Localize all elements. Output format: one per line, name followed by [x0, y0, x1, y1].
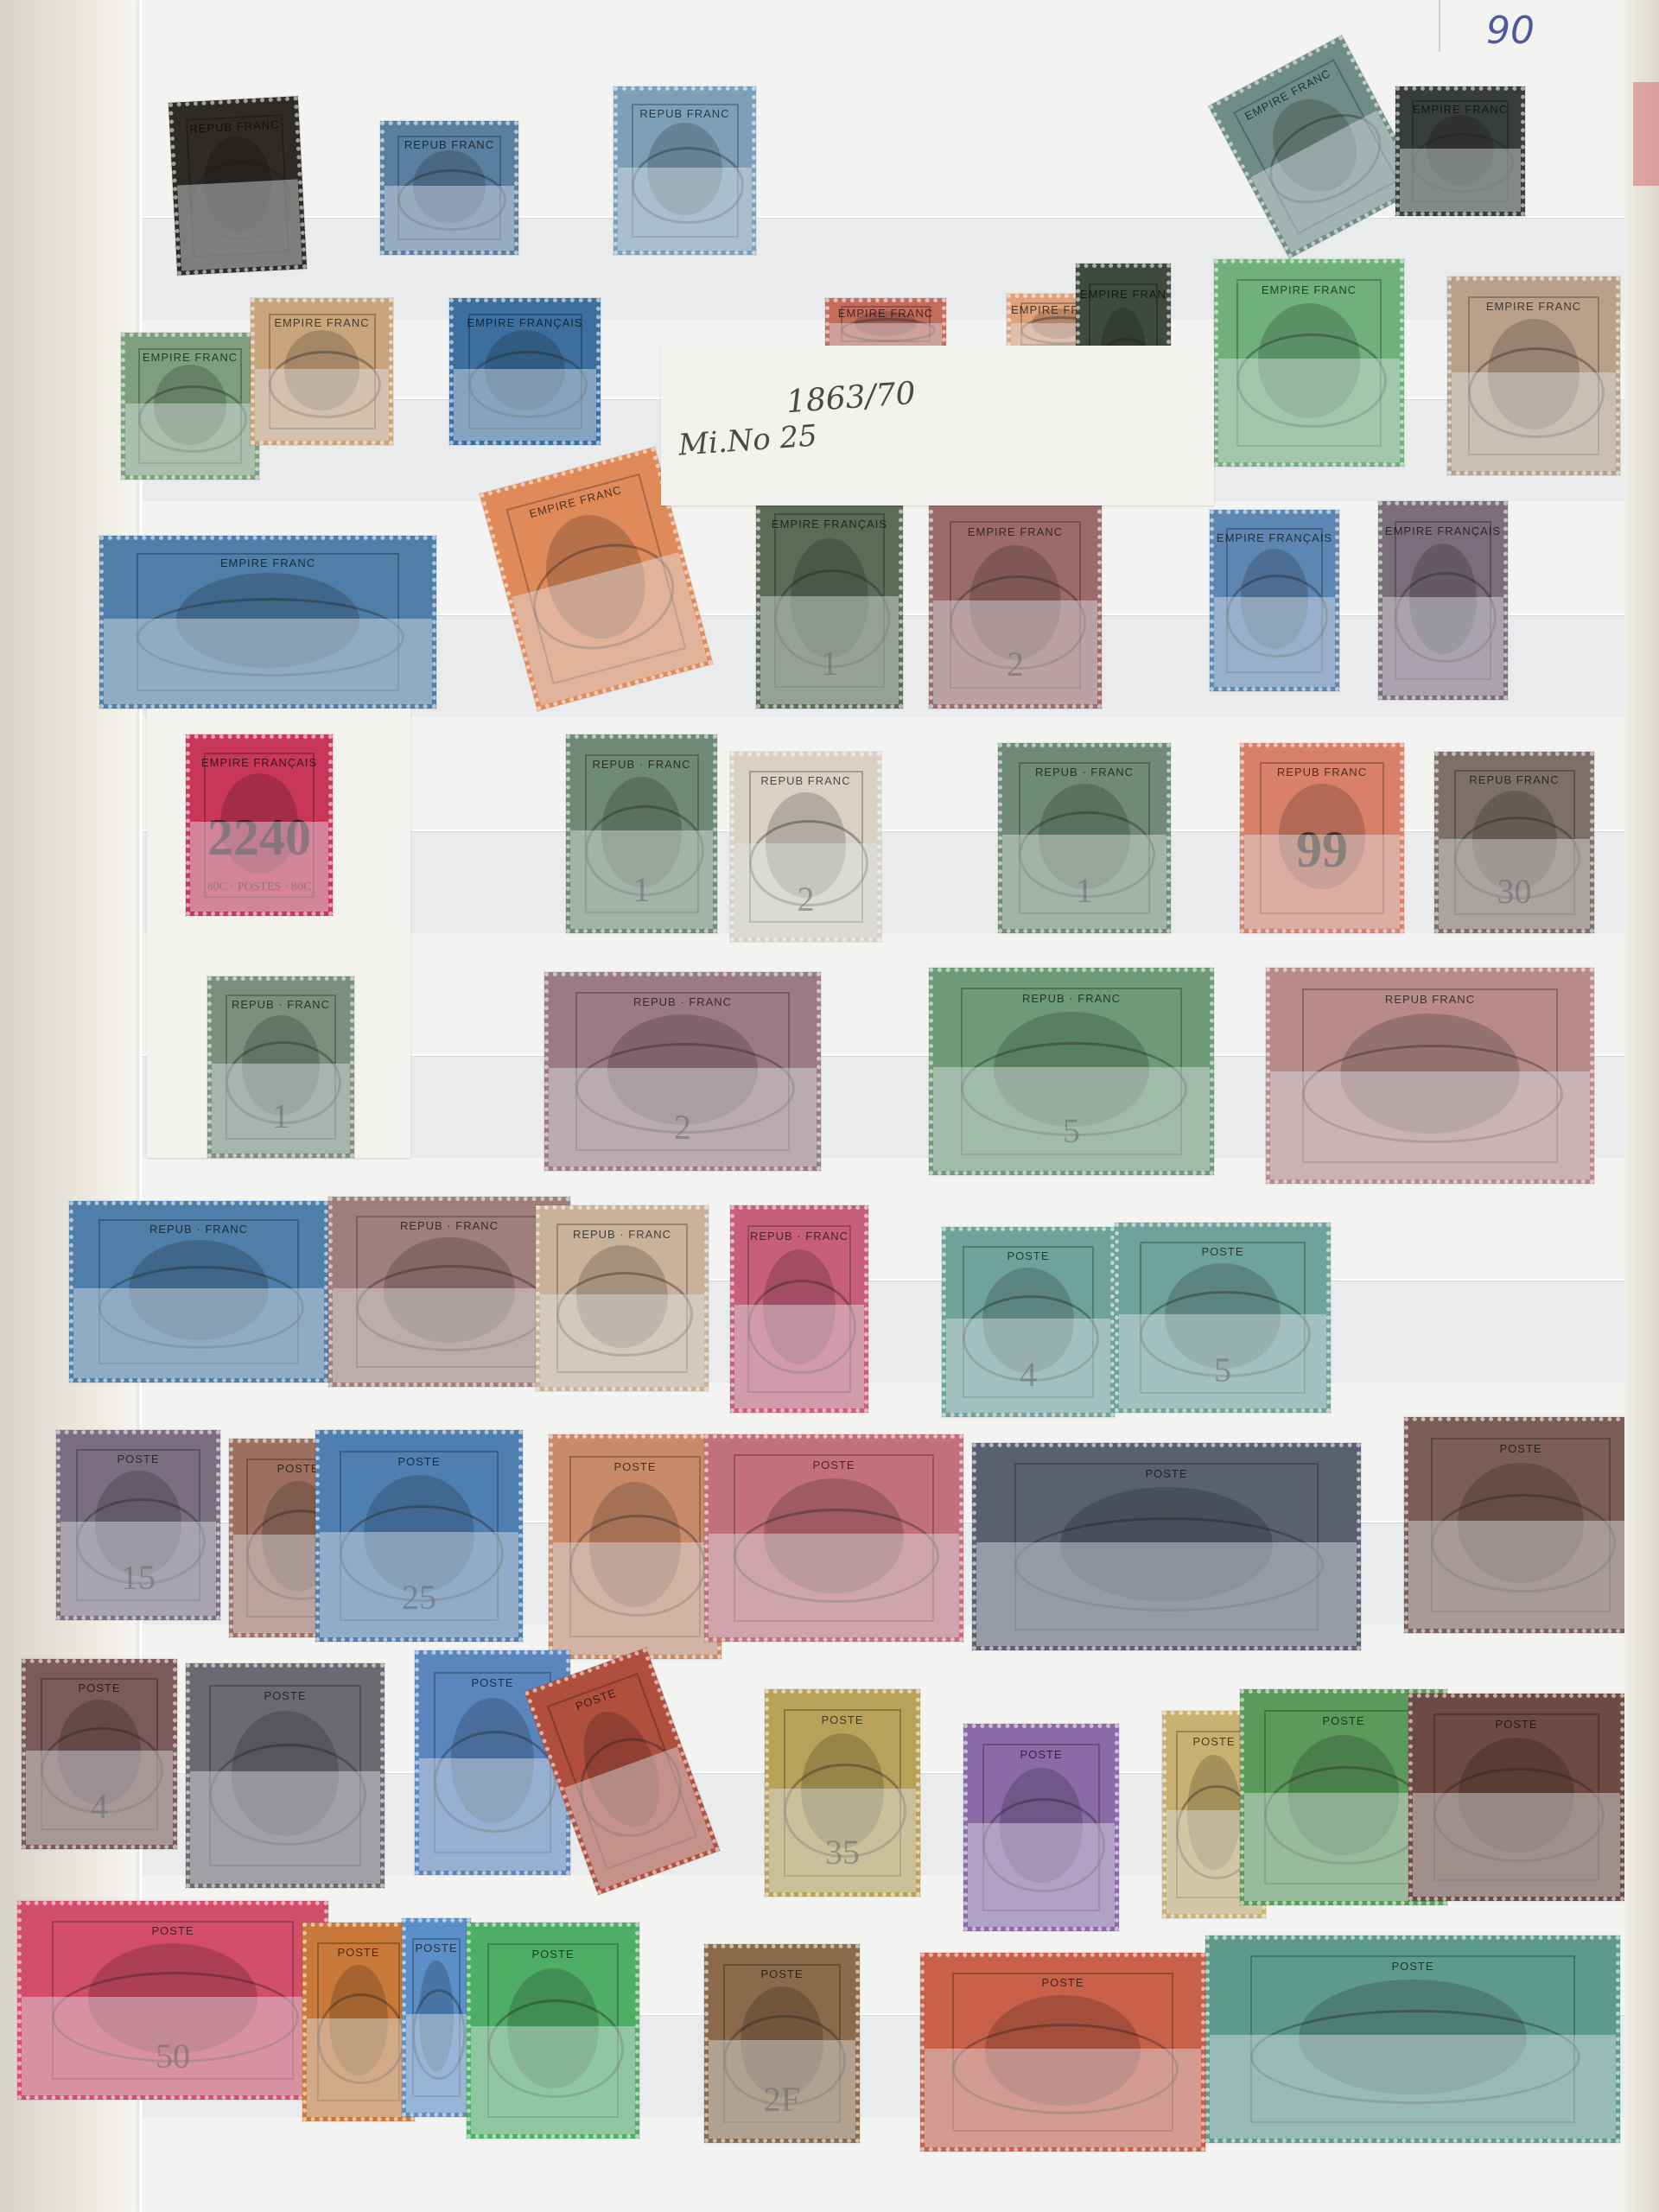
glassine-overlay [968, 1823, 1115, 1927]
stamp-legend: EMPIRE FRANC [933, 525, 1097, 538]
stamp-legend: REPUB FRANC [1244, 766, 1400, 779]
stamp: EMPIRE FRANÇAIS [449, 298, 601, 445]
glassine-overlay [190, 1771, 380, 1884]
stamp-legend: REPUB · FRANC [212, 998, 350, 1011]
stamp: REPUB · FRANC1 [566, 734, 717, 933]
stamp-legend: EMPIRE FRANC [1452, 300, 1616, 313]
label-catalog-number: Mi.No 25 [677, 418, 818, 462]
stamp: REPUB FRANC99 [1240, 743, 1404, 933]
stamp-legend: POSTE [968, 1748, 1115, 1761]
glassine-overlay [760, 596, 899, 704]
stamp: EMPIRE FRANC [99, 536, 436, 709]
stamp-legend: REPUB · FRANC [73, 1223, 324, 1236]
stamp: EMPIRE FRANC [825, 298, 946, 350]
glassine-overlay [125, 404, 255, 475]
stamp-legend: EMPIRE FRANC [1080, 288, 1166, 301]
glassine-overlay [1439, 839, 1590, 929]
stamp: POSTE35 [765, 1689, 920, 1897]
glassine-overlay [769, 1789, 916, 1892]
glassine-overlay [933, 1067, 1210, 1171]
stamp-legend: EMPIRE FRANÇAIS [1382, 524, 1503, 537]
glassine-overlay [104, 619, 432, 704]
glassine-overlay [709, 1534, 959, 1637]
stamp: REPUB · FRANC [536, 1205, 709, 1391]
glassine-overlay [1210, 2035, 1616, 2139]
stamp: EMPIRE FRANÇAIS [1378, 501, 1508, 700]
glassine-overlay [1382, 597, 1503, 696]
stamp: POSTE [549, 1434, 721, 1659]
stamp: REPUB FRANC [1266, 968, 1594, 1184]
glassine-overlay [1244, 835, 1400, 929]
stamp: POSTE2F [704, 1944, 860, 2143]
stamp-legend: EMPIRE FRANÇAIS [190, 756, 328, 769]
stamp: POSTE [186, 1663, 385, 1888]
stamp-legend: POSTE [190, 1689, 380, 1702]
stamp-legend: POSTE [22, 1924, 324, 1937]
glassine-overlay [549, 1068, 817, 1166]
stamp-legend: REPUB · FRANC [570, 758, 713, 771]
glassine-overlay [925, 2049, 1201, 2147]
glassine-overlay [1400, 149, 1521, 212]
glassine-overlay [553, 1542, 717, 1655]
stamp: POSTE25 [315, 1430, 523, 1642]
stamp: REPUB · FRANC [69, 1201, 328, 1382]
stamp: EMPIRE FRANC [1395, 86, 1525, 216]
glassine-overlay [1270, 1071, 1590, 1179]
stamp-legend: REPUB FRANC [1270, 993, 1590, 1006]
glassine-overlay [73, 1288, 324, 1378]
stamp-legend: POSTE [1413, 1718, 1620, 1731]
stamp: POSTE [467, 1923, 639, 2139]
stamp-legend: REPUB FRANC [734, 774, 877, 787]
glassine-overlay [26, 1751, 173, 1845]
stamp-legend: POSTE [406, 1942, 467, 1955]
stamp: POSTE [972, 1443, 1361, 1650]
label-year-range: 1863/70 [785, 376, 917, 420]
stamp-legend: POSTE [307, 1946, 410, 1959]
glassine-overlay [471, 2026, 635, 2134]
glassine-overlay [419, 1758, 566, 1871]
stamp-legend: POSTE [709, 1967, 855, 1980]
stamp: POSTE [1408, 1694, 1624, 1901]
stamp: EMPIRE FRANÇAIS [1210, 510, 1339, 691]
stamp-legend: REPUB · FRANC [1002, 766, 1166, 779]
next-page-edge [1624, 0, 1659, 2212]
stamp: EMPIRE FRANÇAIS1 [756, 493, 903, 709]
glassine-overlay [320, 1532, 518, 1637]
stamp: EMPIRE FRANC [121, 333, 259, 480]
glassine-overlay [307, 2018, 410, 2117]
page-number: 90 [1486, 9, 1535, 53]
stamp: REPUB FRANC [380, 121, 518, 255]
glassine-overlay [190, 822, 328, 912]
handwritten-label-card: 1863/70Mi.No 25 [661, 346, 1214, 505]
stamp-legend: EMPIRE FRANÇAIS [1214, 531, 1335, 544]
stamp: REPUB FRANC2 [730, 752, 881, 942]
glassine-overlay [406, 2014, 467, 2113]
glassine-overlay [1119, 1314, 1326, 1408]
stamp: POSTE [963, 1724, 1119, 1931]
stamp-legend: POSTE [60, 1452, 216, 1465]
stamp-legend: POSTE [925, 1976, 1201, 1989]
stamp: REPUB · FRANC [730, 1205, 868, 1413]
stamp: REPUB · FRANC5 [929, 968, 1214, 1175]
stamp: EMPIRE FRANC [251, 298, 393, 445]
glassine-overlay [734, 843, 877, 938]
stamp-legend: REPUB FRANC [618, 107, 752, 120]
glassine-overlay [22, 1997, 324, 2095]
stamp: POSTE [704, 1434, 963, 1642]
glassine-overlay [976, 1542, 1357, 1646]
stamp-legend: POSTE [320, 1455, 518, 1468]
stamp-legend: EMPIRE FRANÇAIS [454, 316, 596, 329]
glassine-overlay [1214, 597, 1335, 687]
stamp-legend: EMPIRE FRANC [104, 556, 432, 569]
page-number-divider [1439, 0, 1440, 52]
glassine-overlay [709, 2040, 855, 2139]
glassine-overlay [570, 830, 713, 929]
stamp: POSTE50 [17, 1901, 328, 2100]
stamp-legend: REPUB · FRANC [333, 1219, 566, 1232]
stamp-legend: REPUB FRANC [385, 138, 514, 151]
stamp-legend: POSTE [769, 1713, 916, 1726]
stamp-legend: EMPIRE FRANÇAIS [760, 518, 899, 531]
album-binding [0, 0, 143, 2212]
stamp-legend: REPUB · FRANC [549, 995, 817, 1008]
stamp: EMPIRE FRANÇAIS80C · POSTES · 80C2240 [186, 734, 333, 916]
glassine-overlay [1413, 1793, 1620, 1897]
stamp: REPUB · FRANC1 [207, 976, 354, 1158]
stamp: POSTE [1404, 1417, 1637, 1633]
stamp: EMPIRE FRANC2 [929, 501, 1102, 709]
stamp: POSTE [302, 1923, 415, 2121]
glassine-overlay [60, 1522, 216, 1616]
stamp: POSTE15 [56, 1430, 220, 1620]
stamp: EMPIRE FRANC [1447, 276, 1620, 475]
glassine-overlay [540, 1294, 704, 1387]
stamp: REPUB · FRANC1 [998, 743, 1171, 933]
stamp-legend: REPUB FRANC [1439, 773, 1590, 786]
stamp: REPUB FRANC [168, 96, 307, 276]
stamp: POSTE [402, 1918, 471, 2117]
stamp-legend: POSTE [1408, 1442, 1633, 1455]
glassine-overlay [177, 180, 302, 271]
glassine-overlay [946, 1319, 1110, 1413]
glassine-overlay [933, 601, 1097, 704]
stockbook-page: REPUB FRANCREPUB FRANCREPUB FRANCEMPIRE … [143, 0, 1624, 2212]
glassine-overlay [333, 1288, 566, 1382]
stamp-legend: POSTE [976, 1467, 1357, 1480]
stamp-legend: POSTE [1119, 1245, 1326, 1258]
stamp-legend: EMPIRE FRANC [125, 351, 255, 364]
glassine-overlay [212, 1064, 350, 1154]
stamp: REPUB · FRANC [328, 1197, 570, 1387]
stamp: POSTE [920, 1953, 1205, 2152]
stamp-legend: POSTE [26, 1681, 173, 1694]
stamp-legend: POSTE [709, 1459, 959, 1471]
stamp: EMPIRE FRANC [1214, 259, 1404, 467]
glassine-overlay [454, 369, 596, 441]
stamp-legend: REPUB · FRANC [734, 1230, 864, 1243]
stamp: REPUB · FRANC2 [544, 972, 821, 1171]
glassine-overlay [618, 168, 752, 251]
glassine-overlay [1408, 1521, 1633, 1629]
stamp-legend: EMPIRE FRANC [1400, 103, 1521, 116]
glassine-overlay [1452, 372, 1616, 471]
stamp: REPUB FRANC [613, 86, 756, 255]
stamp-legend: EMPIRE FRANC [1218, 283, 1400, 296]
stamp: POSTE5 [1115, 1223, 1331, 1413]
glassine-overlay [1002, 835, 1166, 929]
stamp: POSTE [1205, 1935, 1620, 2143]
stamp-legend: REPUB · FRANC [933, 992, 1210, 1005]
stamp: POSTE4 [22, 1659, 177, 1849]
stamp-legend: POSTE [553, 1460, 717, 1473]
stamp-legend: POSTE [1210, 1960, 1616, 1973]
stamp: REPUB FRANC30 [1434, 752, 1594, 933]
stamp-legend: POSTE [946, 1249, 1110, 1262]
stamp-legend: EMPIRE FRANC [255, 316, 389, 329]
stamp-legend: REPUB · FRANC [540, 1228, 704, 1241]
stamp: POSTE4 [942, 1227, 1115, 1417]
glassine-overlay [829, 323, 942, 346]
glassine-overlay [385, 186, 514, 251]
glassine-overlay [255, 369, 389, 441]
glassine-overlay [734, 1305, 864, 1408]
stamp-legend: POSTE [471, 1948, 635, 1961]
glassine-overlay [1218, 359, 1400, 462]
